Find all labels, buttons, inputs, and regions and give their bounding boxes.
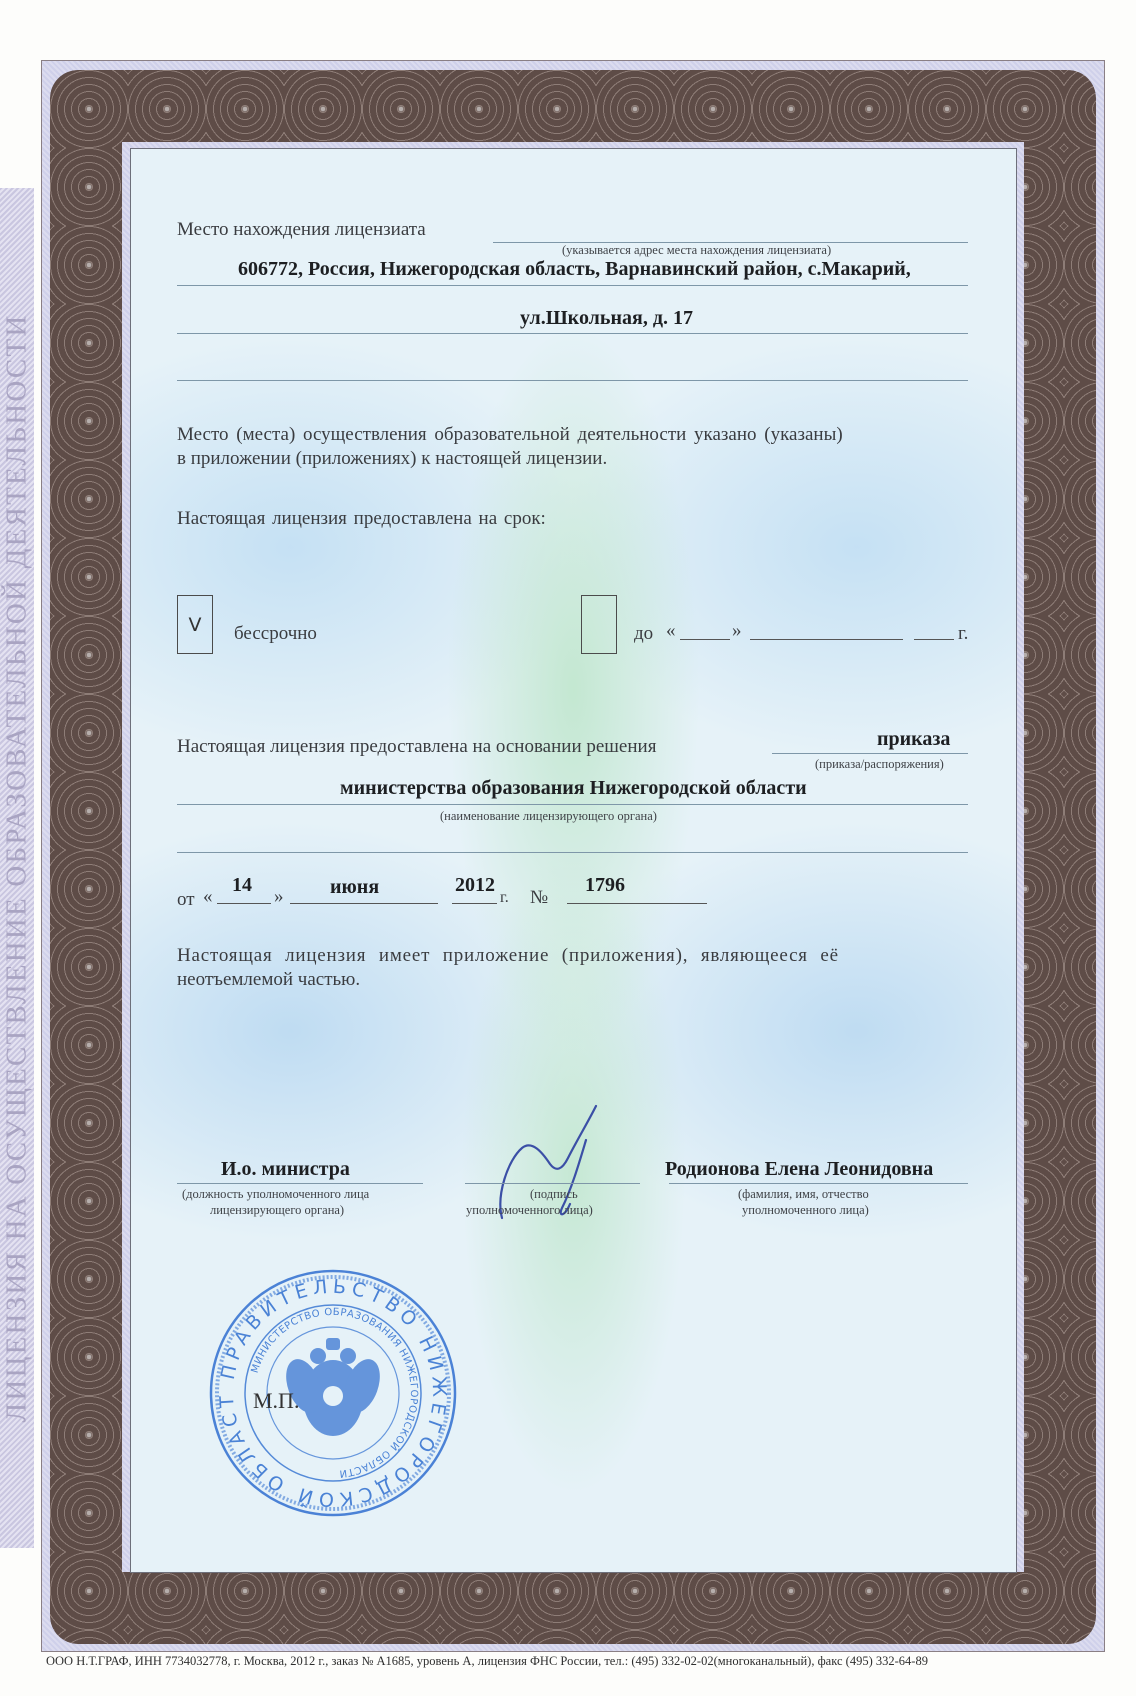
official-seal: ПРАВИТЕЛЬСТВО НИЖЕГОРОДСКОЙ ОБЛАСТИ МИНИ… <box>208 1268 458 1518</box>
location-label: Место нахождения лицензиата <box>177 220 426 239</box>
signature-hint-1: (подпись <box>530 1188 578 1201</box>
address-line-1: 606772, Россия, Нижегородская область, В… <box>238 259 911 279</box>
check-mark-icon: V <box>189 614 202 636</box>
date-day: 14 <box>232 875 252 895</box>
name-hint-2: уполномоченного лица) <box>742 1204 869 1217</box>
until-prefix: до <box>634 624 653 643</box>
decision-type-hint: (приказа/распоряжения) <box>815 758 944 771</box>
date-open-quote: « <box>203 887 213 906</box>
printer-imprint: ООО Н.Т.ГРАФ, ИНН 7734032778, г. Москва,… <box>46 1654 928 1669</box>
signature-underline <box>465 1183 640 1184</box>
activity-place-line-2: в приложении (приложениях) к настоящей л… <box>177 449 607 468</box>
side-title-strip: ЛИЦЕНЗИЯ НА ОСУЩЕСТВЛЕНИЕ ОБРАЗОВАТЕЛЬНО… <box>0 188 34 1548</box>
date-prefix: от <box>177 890 195 909</box>
appendix-note-line-2: неотъемлемой частью. <box>177 970 360 989</box>
basis-label: Настоящая лицензия предоставлена на осно… <box>177 737 656 756</box>
decision-type-underline <box>772 753 968 754</box>
signatory-position: И.о. министра <box>221 1159 350 1179</box>
authority-underline-2 <box>177 852 968 853</box>
until-year-field[interactable] <box>914 639 954 640</box>
activity-place-line-1: Место (места) осуществления образователь… <box>177 425 843 444</box>
until-close-quote: » <box>732 621 742 640</box>
date-month-underline <box>290 903 438 904</box>
until-open-quote: « <box>666 621 676 640</box>
unlimited-label: бессрочно <box>234 624 317 643</box>
authority-underline <box>177 804 968 805</box>
date-year: 2012 <box>455 875 495 895</box>
term-label: Настоящая лицензия предоставлена на срок… <box>177 509 546 528</box>
position-underline <box>177 1183 423 1184</box>
name-hint-1: (фамилия, имя, отчество <box>738 1188 869 1201</box>
address-underline-1 <box>177 285 968 286</box>
number-sign: № <box>530 888 548 907</box>
until-month-field[interactable] <box>750 639 903 640</box>
signatory-name: Родионова Елена Леонидовна <box>665 1159 933 1179</box>
date-day-underline <box>217 903 271 904</box>
date-month: июня <box>330 877 379 897</box>
date-year-underline <box>452 903 497 904</box>
authority-name: министерства образования Нижегородской о… <box>340 778 807 798</box>
decision-number-underline <box>567 903 707 904</box>
appendix-note-line-1: Настоящая лицензия имеет приложение (при… <box>177 946 839 965</box>
position-hint-2: лицензирующего органа) <box>210 1204 344 1217</box>
date-year-suffix: г. <box>500 890 509 906</box>
seal-place-label: М.П. <box>253 1390 299 1412</box>
until-date-checkbox[interactable] <box>581 595 617 654</box>
authority-hint: (наименование лицензирующего органа) <box>440 810 657 823</box>
name-underline <box>669 1183 968 1184</box>
unlimited-checkbox[interactable]: V <box>177 595 213 654</box>
until-year-suffix: г. <box>958 624 968 643</box>
address-underline-2 <box>177 333 968 334</box>
side-title: ЛИЦЕНЗИЯ НА ОСУЩЕСТВЛЕНИЕ ОБРАЗОВАТЕЛЬНО… <box>1 313 34 1422</box>
decision-number: 1796 <box>585 875 625 895</box>
address-underline-3 <box>177 380 968 381</box>
signature-hint-2: уполномоченного лица) <box>466 1204 593 1217</box>
decision-type: приказа <box>877 729 950 749</box>
until-day-field[interactable] <box>680 639 730 640</box>
location-hint: (указывается адрес места нахождения лице… <box>562 244 831 257</box>
address-line-2: ул.Школьная, д. 17 <box>520 308 693 328</box>
date-close-quote: » <box>274 887 284 906</box>
position-hint-1: (должность уполномоченного лица <box>182 1188 369 1201</box>
double-headed-eagle-icon <box>279 1338 386 1436</box>
